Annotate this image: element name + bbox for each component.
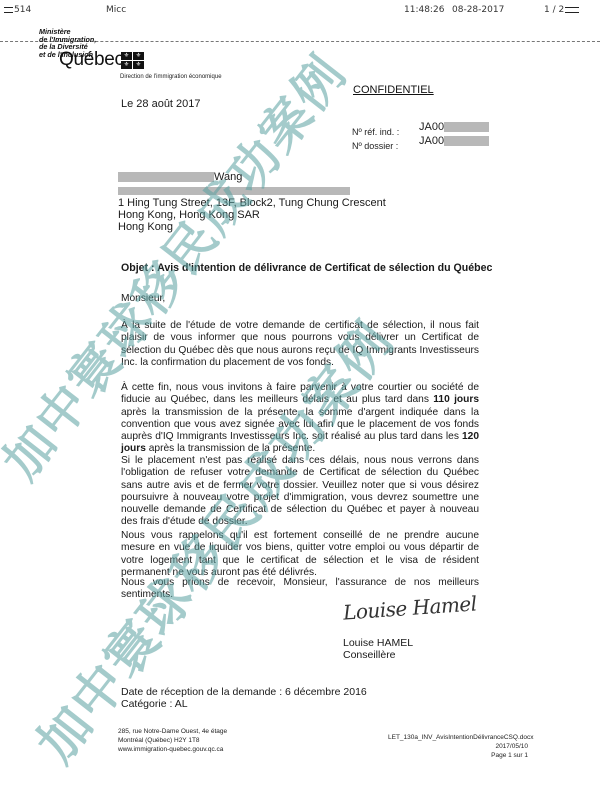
quebec-flag-icon: ⚜⚜ ⚜⚜: [121, 52, 145, 69]
recipient-address: 1 Hing Tung Street, 13F, Block2, Tung Ch…: [118, 197, 386, 233]
fax-date: 08-28-2017: [452, 5, 504, 15]
redaction: [118, 172, 214, 182]
paragraph-1: À la suite de l'étude de votre demande d…: [121, 320, 479, 369]
fax-time: 11:48:26: [404, 5, 444, 15]
signatory: Louise HAMEL Conseillère: [343, 637, 413, 661]
paragraph-3: Si le placement n'est pas réalisé dans c…: [121, 455, 479, 529]
recipient-line-redacted: [118, 185, 350, 197]
redaction: [444, 122, 489, 132]
application-info: Date de réception de la demande : 6 déce…: [121, 686, 367, 710]
reference-dossier: Nº dossier : JA00: [352, 136, 398, 154]
paragraph-4: Nous vous rappelons qu'il est fortement …: [121, 530, 479, 579]
confidential-label: CONFIDENTIEL: [353, 84, 434, 96]
salutation: Monsieur,: [121, 293, 479, 305]
quebec-logo-text: Québec: [59, 49, 124, 71]
recipient-name: Wang: [118, 171, 242, 183]
letter-date: Le 28 août 2017: [121, 98, 201, 110]
fax-sender: Micc: [106, 5, 126, 15]
ministry-address: 285, rue Notre-Dame Ouest, 4e étage Mont…: [118, 727, 227, 754]
redaction: [118, 187, 350, 195]
redaction: [444, 136, 489, 146]
fax-code: 514: [4, 5, 31, 15]
department-name: Direction de l'immigration économique: [120, 74, 222, 80]
subject-line: Objet : Avis d'intention de délivrance d…: [121, 262, 492, 274]
paragraph-2: À cette fin, nous vous invitons à faire …: [121, 382, 479, 456]
document-reference: LET_130a_INV_AvisIntentionDélivranceCSQ.…: [388, 733, 528, 760]
fax-page: 1 / 2: [544, 5, 580, 15]
